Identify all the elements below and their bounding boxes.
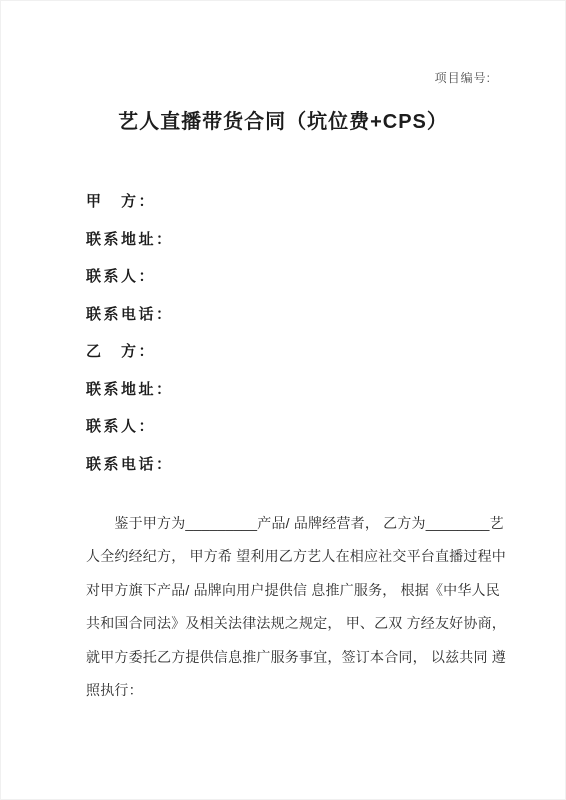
preamble-line: 鉴于甲方为_________产品/ 品牌经营者， 乙方为________艺 xyxy=(86,507,486,540)
preamble-line: 照执行： xyxy=(86,674,486,707)
party-b-phone-label: 联系电话： xyxy=(86,445,174,483)
preamble-line: 对甲方旗下产品/ 品牌向用户提供信 息推广服务， 根据《中华人民 xyxy=(86,574,486,607)
project-number-label: 项目编号: xyxy=(435,69,491,86)
party-b-contact-person-label: 联系人： xyxy=(86,407,174,445)
party-a-contact-person-label: 联系人： xyxy=(86,257,174,295)
party-a-address-label: 联系地址： xyxy=(86,220,174,258)
preamble-line: 人全约经纪方， 甲方希 望利用乙方艺人在相应社交平台直播过程中 xyxy=(86,540,486,573)
document-title: 艺人直播带货合同（坑位费+CPS） xyxy=(1,105,565,134)
contract-document-page: 项目编号: 艺人直播带货合同（坑位费+CPS） 甲 方： 联系地址： 联系人： … xyxy=(0,0,566,800)
party-b-address-label: 联系地址： xyxy=(86,370,174,408)
party-a-name-label: 甲 方： xyxy=(86,182,174,220)
preamble-line: 就甲方委托乙方提供信息推广服务事宜，签订本合同， 以兹共同 遵 xyxy=(86,641,486,674)
preamble-paragraph: 鉴于甲方为_________产品/ 品牌经营者， 乙方为________艺 人全… xyxy=(86,507,486,707)
party-info-section: 甲 方： 联系地址： 联系人： 联系电话： 乙 方： 联系地址： 联系人： 联系… xyxy=(86,182,174,482)
preamble-line: 共和国合同法》及相关法律法规之规定， 甲、乙双 方经友好协商， xyxy=(86,607,486,640)
party-b-name-label: 乙 方： xyxy=(86,332,174,370)
party-a-phone-label: 联系电话： xyxy=(86,295,174,333)
